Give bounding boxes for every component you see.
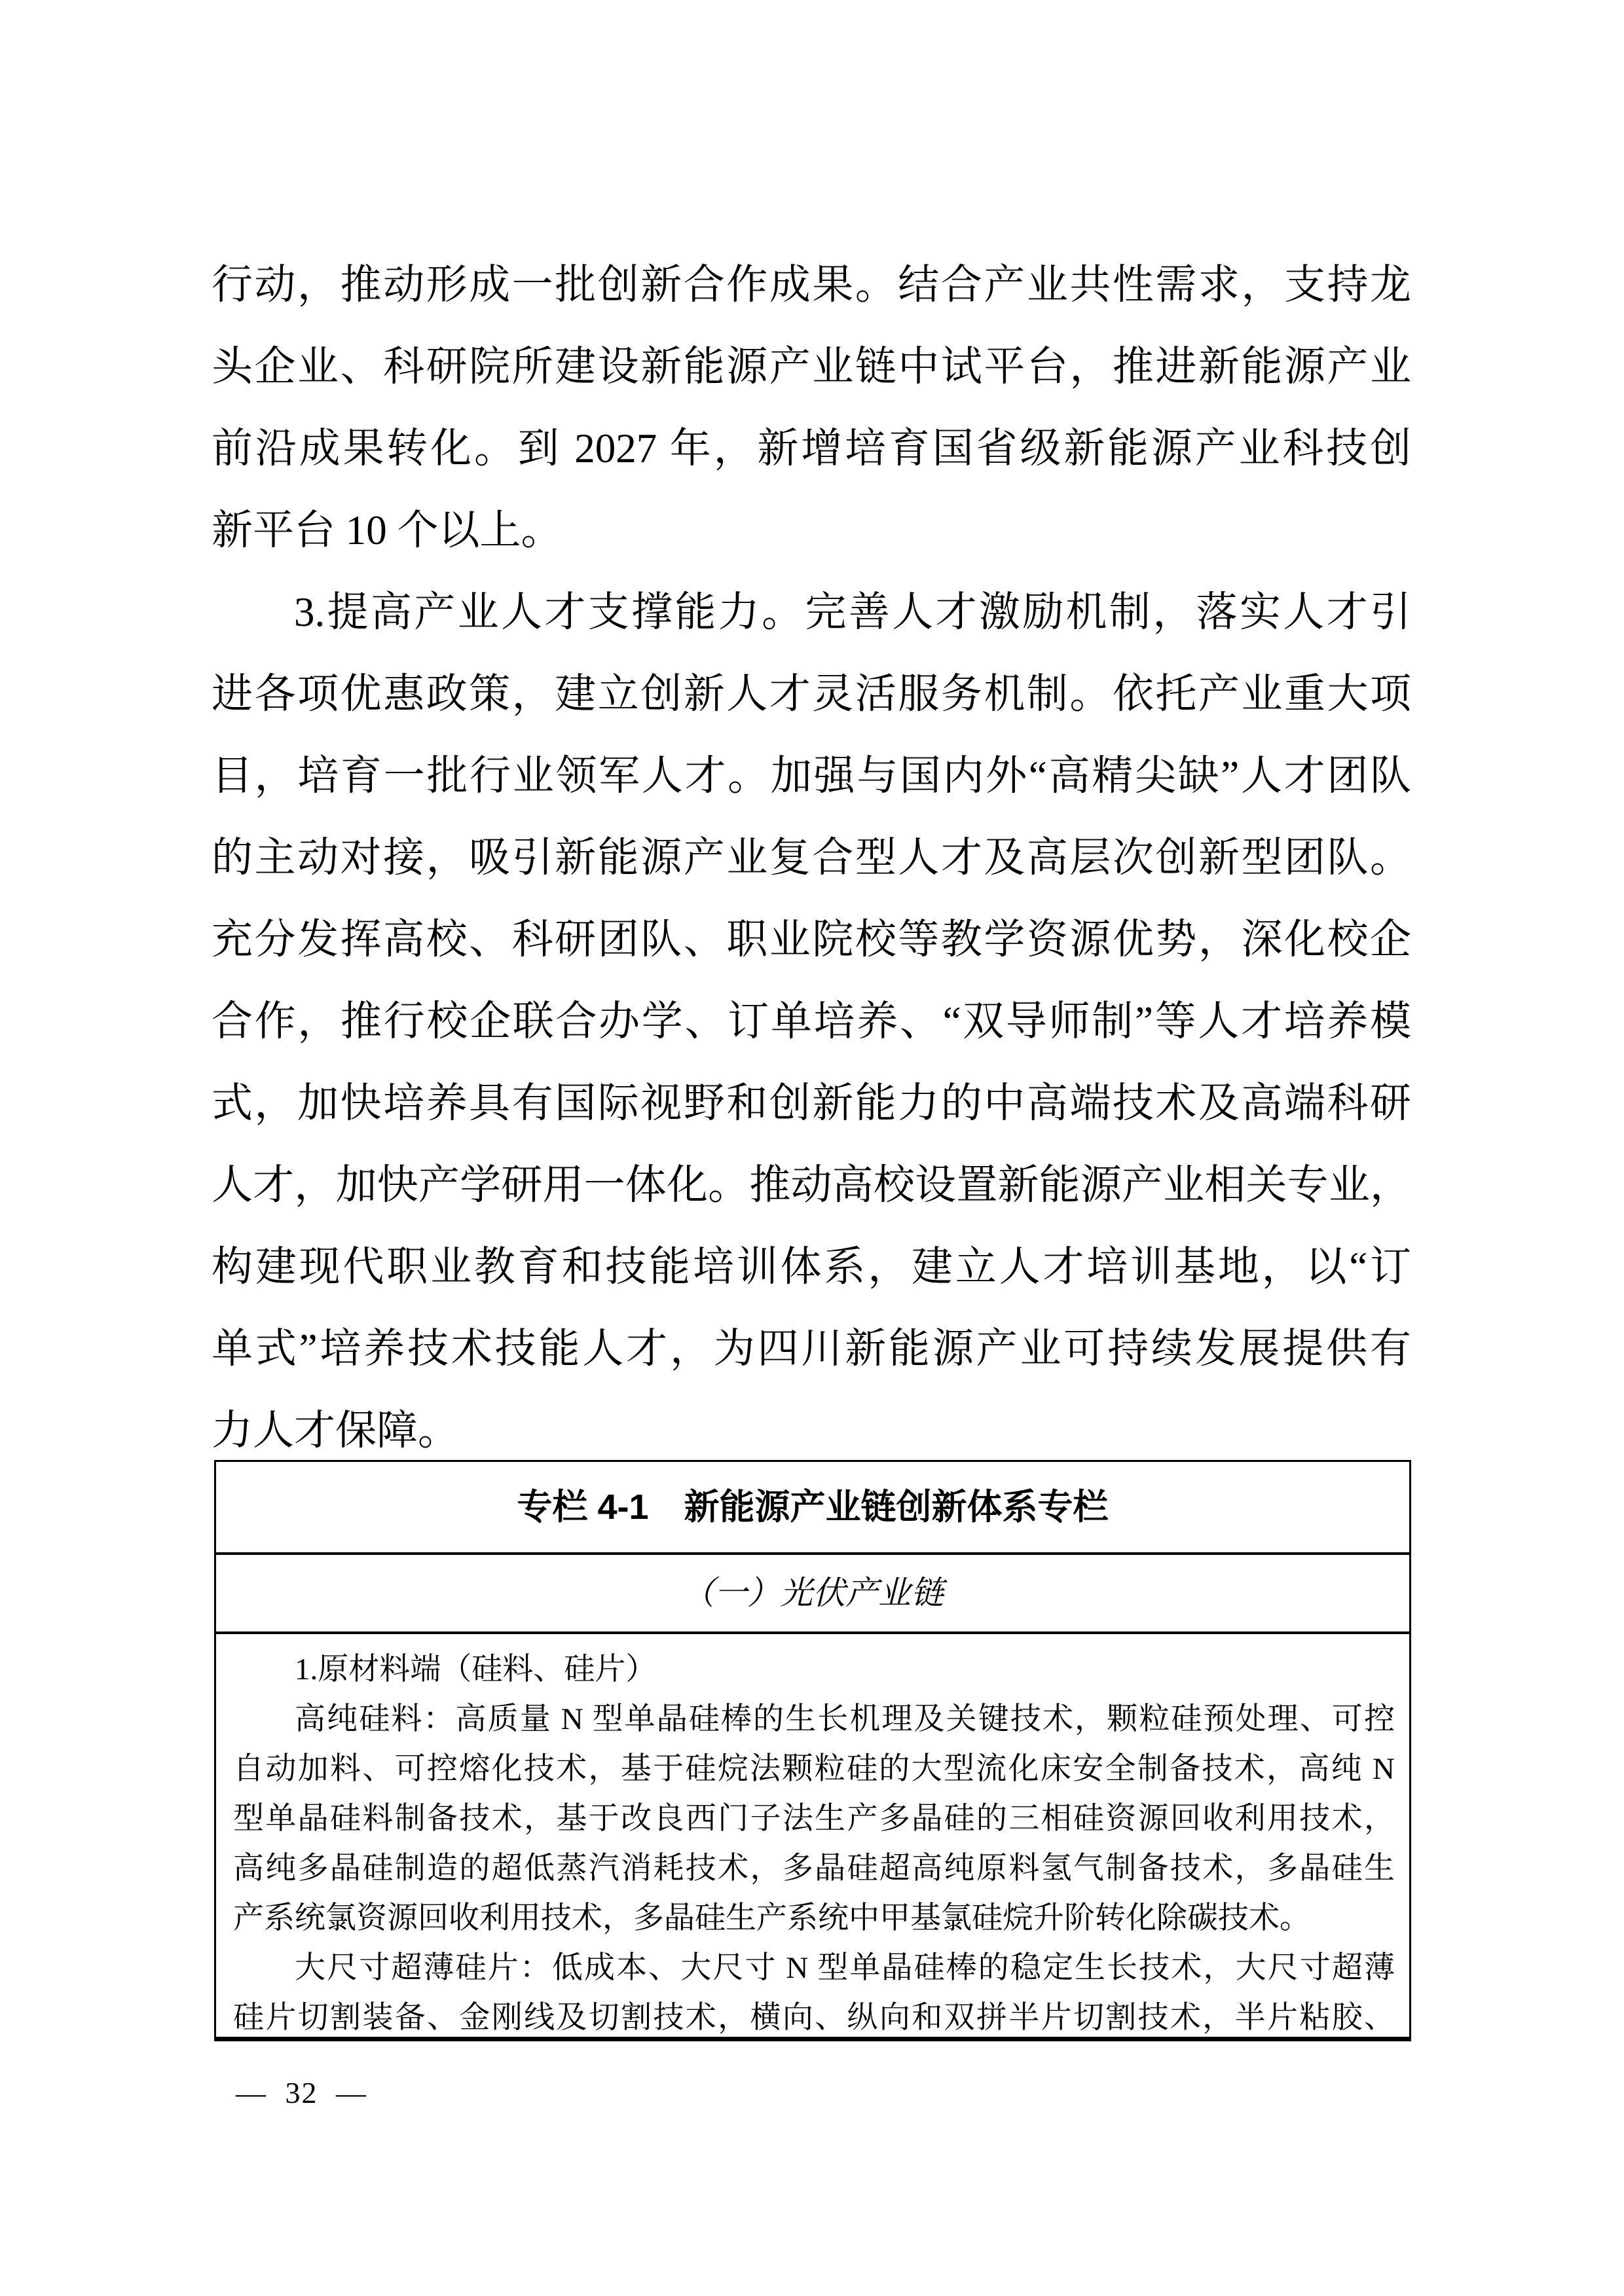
- body-line: 合作，推行校企联合办学、订单培养、“双导师制”等人才培养模: [212, 981, 1411, 1063]
- body-line: 目，培育一批行业领军人才。加强与国内外“高精尖缺”人才团队: [212, 735, 1411, 817]
- panel-title: 专栏 4-1 新能源产业链创新体系专栏: [216, 1462, 1409, 1555]
- body-line: 构建现代职业教育和技能培训体系，建立人才培训基地，以“订: [212, 1226, 1411, 1308]
- page-number: — 32 —: [236, 2075, 367, 2110]
- panel-body: 1.原材料端（硅料、硅片） 高纯硅料：高质量 N 型单晶硅棒的生长机理及关键技术…: [216, 1634, 1409, 2041]
- highlight-panel-4-1: 专栏 4-1 新能源产业链创新体系专栏 （一）光伏产业链 1.原材料端（硅料、硅…: [214, 1460, 1411, 2041]
- body-line: 前沿成果转化。到 2027 年，新增培育国省级新能源产业科技创: [212, 408, 1411, 490]
- panel-line: 型单晶硅料制备技术，基于改良西门子法生产多晶硅的三相硅资源回收利用技术，: [233, 1794, 1395, 1844]
- body-text-block: 行动，推动形成一批创新合作成果。结合产业共性需求，支持龙 头企业、科研院所建设新…: [212, 244, 1411, 1472]
- body-line: 式，加快培养具有国际视野和创新能力的中高端技术及高端科研: [212, 1063, 1411, 1144]
- body-line: 充分发挥高校、科研团队、职业院校等教学资源优势，深化校企: [212, 899, 1411, 981]
- panel-line: 产系统氯资源回收利用技术，多晶硅生产系统中甲基氯硅烷升阶转化除碳技术。: [233, 1893, 1395, 1943]
- panel-line: 高纯多晶硅制造的超低蒸汽消耗技术，多晶硅超高纯原料氢气制备技术，多晶硅生: [233, 1844, 1395, 1893]
- body-line: 行动，推动形成一批创新合作成果。结合产业共性需求，支持龙: [212, 244, 1411, 326]
- body-line: 头企业、科研院所建设新能源产业链中试平台，推进新能源产业: [212, 326, 1411, 408]
- panel-line: 大尺寸超薄硅片：低成本、大尺寸 N 型单晶硅棒的稳定生长技术，大尺寸超薄: [233, 1943, 1395, 1993]
- body-line-section-heading: 3.提高产业人才支撑能力。完善人才激励机制，落实人才引: [212, 572, 1411, 653]
- panel-line: 高纯硅料：高质量 N 型单晶硅棒的生长机理及关键技术，颗粒硅预处理、可控: [233, 1694, 1395, 1744]
- body-line: 进各项优惠政策，建立创新人才灵活服务机制。依托产业重大项: [212, 653, 1411, 735]
- panel-line: 自动加料、可控熔化技术，基于硅烷法颗粒硅的大型流化床安全制备技术，高纯 N: [233, 1744, 1395, 1794]
- panel-subtitle: （一）光伏产业链: [216, 1555, 1409, 1634]
- body-line: 新平台 10 个以上。: [212, 490, 1411, 572]
- body-line: 的主动对接，吸引新能源产业复合型人才及高层次创新型团队。: [212, 817, 1411, 899]
- panel-line: 硅片切割装备、金刚线及切割技术，横向、纵向和双拼半片切割技术，半片粘胶、: [233, 1993, 1395, 2041]
- body-line: 人才，加快产学研用一体化。推动高校设置新能源产业相关专业，: [212, 1144, 1411, 1226]
- document-page: 行动，推动形成一批创新合作成果。结合产业共性需求，支持龙 头企业、科研院所建设新…: [0, 0, 1624, 2296]
- body-line: 单式”培养技术技能人才，为四川新能源产业可持续发展提供有: [212, 1308, 1411, 1390]
- panel-line: 1.原材料端（硅料、硅片）: [233, 1645, 1395, 1694]
